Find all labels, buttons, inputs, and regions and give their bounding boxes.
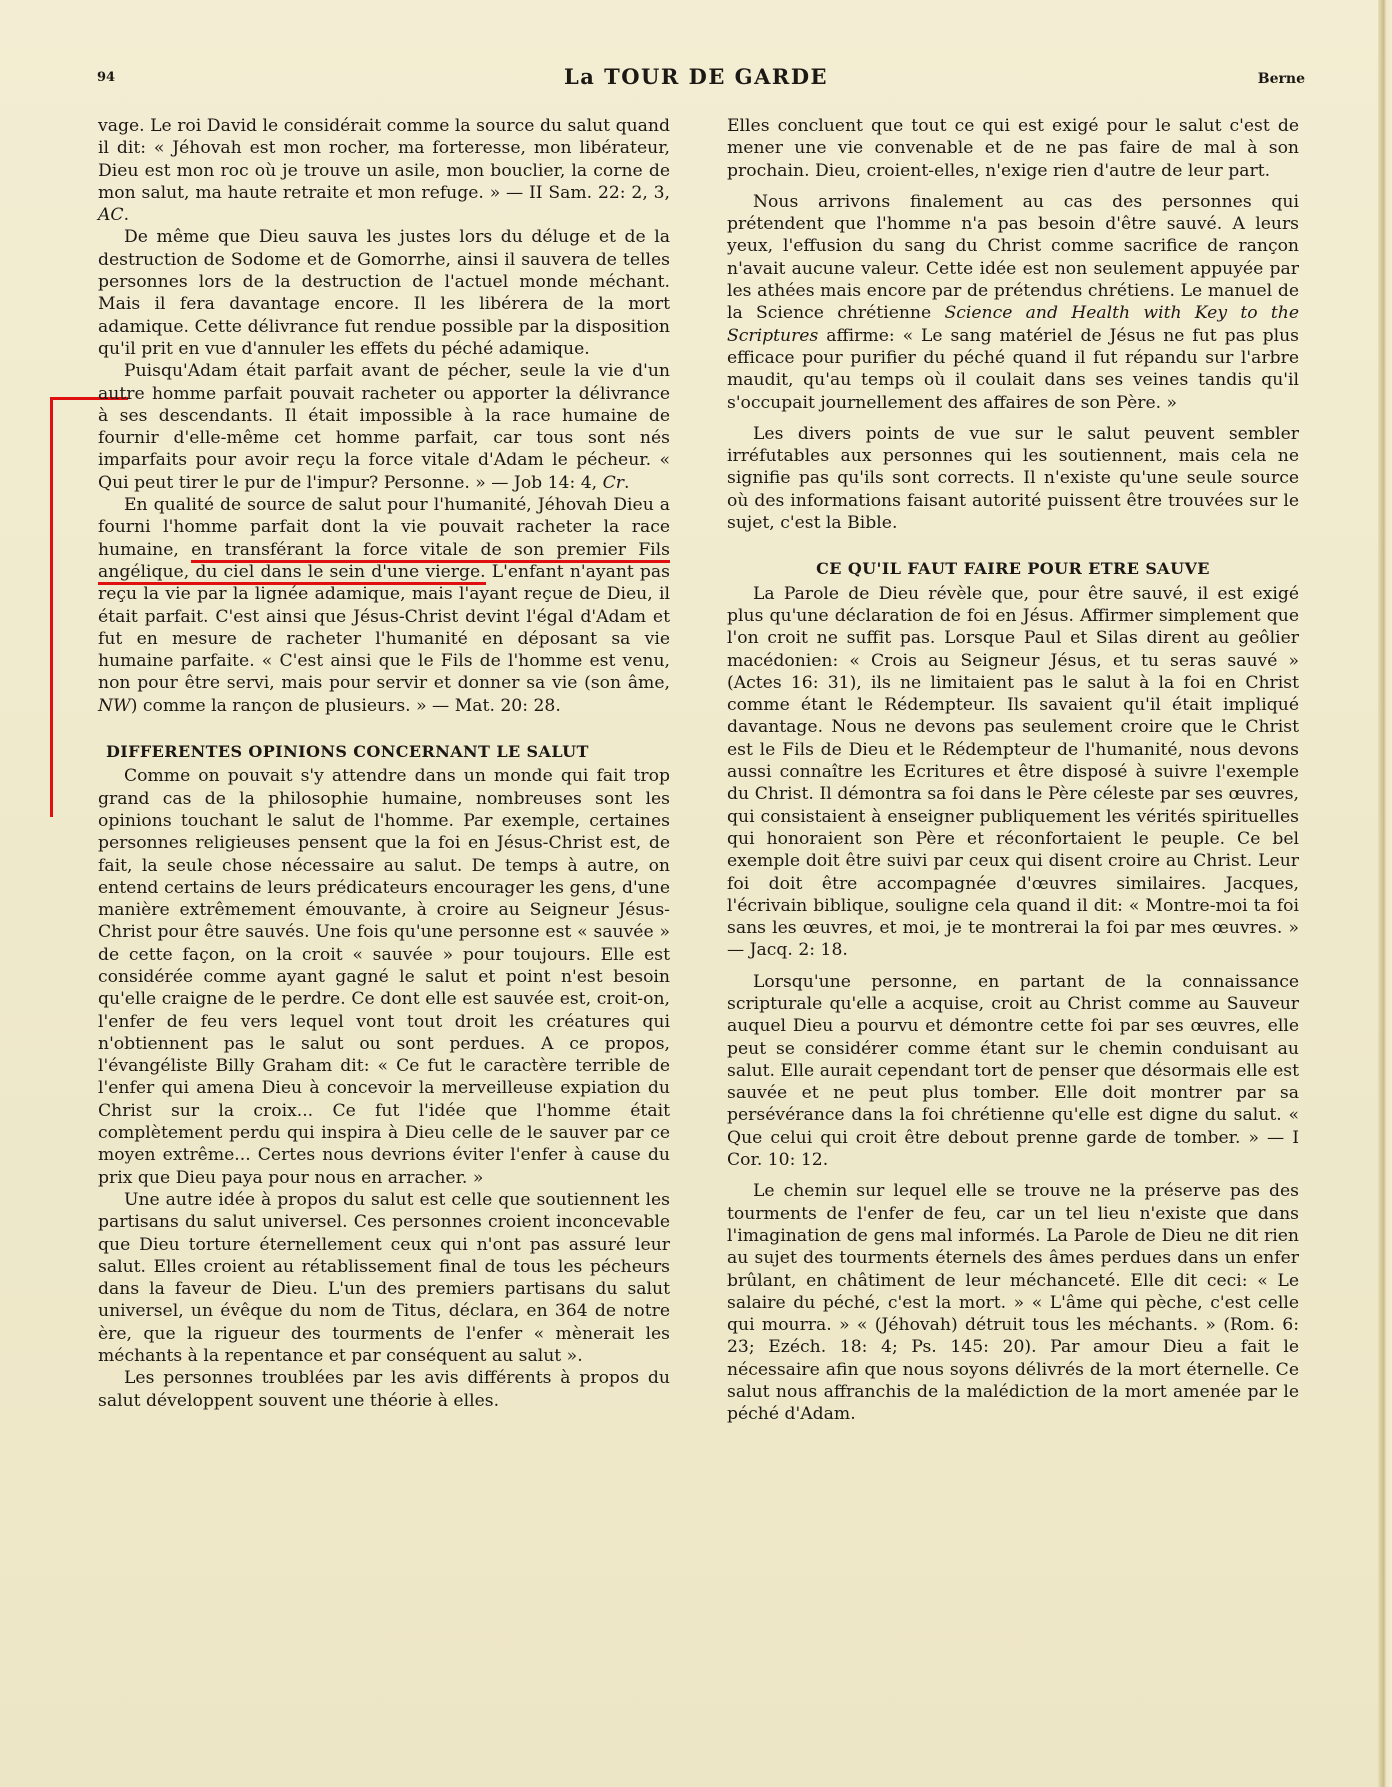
paragraph: Comme on pouvait s'y attendre dans un mo… — [98, 765, 670, 1189]
paragraph: Une autre idée à propos du salut est cel… — [98, 1189, 670, 1367]
section-heading: CE QU'IL FAUT FAIRE POUR ETRE SAUVE — [727, 558, 1299, 580]
paragraph-annotated: En qualité de source de salut pour l'hum… — [98, 494, 670, 717]
page-header: 94 La TOUR DE GARDE Berne — [0, 62, 1392, 92]
paragraph: Elles concluent que tout ce qui est exig… — [727, 115, 1299, 182]
annotation-bracket-vertical — [50, 397, 53, 817]
paragraph: Lorsqu'une personne, en partant de la co… — [727, 971, 1299, 1172]
paragraph: Le chemin sur lequel elle se trouve ne l… — [727, 1180, 1299, 1425]
paragraph: Les personnes troublées par les avis dif… — [98, 1367, 670, 1412]
left-column: vage. Le roi David le considérait comme … — [98, 115, 670, 1412]
page-edge — [1378, 0, 1392, 1787]
section-heading: DIFFERENTES OPINIONS CONCERNANT LE SALUT — [106, 741, 670, 763]
paragraph: Les divers points de vue sur le salut pe… — [727, 423, 1299, 534]
magazine-page: 94 La TOUR DE GARDE Berne vage. Le roi D… — [0, 0, 1392, 1787]
right-column: Elles concluent que tout ce qui est exig… — [727, 115, 1299, 1426]
masthead-title: La TOUR DE GARDE — [0, 64, 1392, 89]
edition-label: Berne — [1258, 71, 1305, 87]
paragraph: De même que Dieu sauva les justes lors d… — [98, 226, 670, 360]
paragraph: La Parole de Dieu révèle que, pour être … — [727, 583, 1299, 962]
paragraph: Nous arrivons finalement au cas des pers… — [727, 191, 1299, 414]
paragraph-annotated: Puisqu'Adam était parfait avant de péche… — [98, 360, 670, 494]
paragraph: vage. Le roi David le considérait comme … — [98, 115, 670, 226]
